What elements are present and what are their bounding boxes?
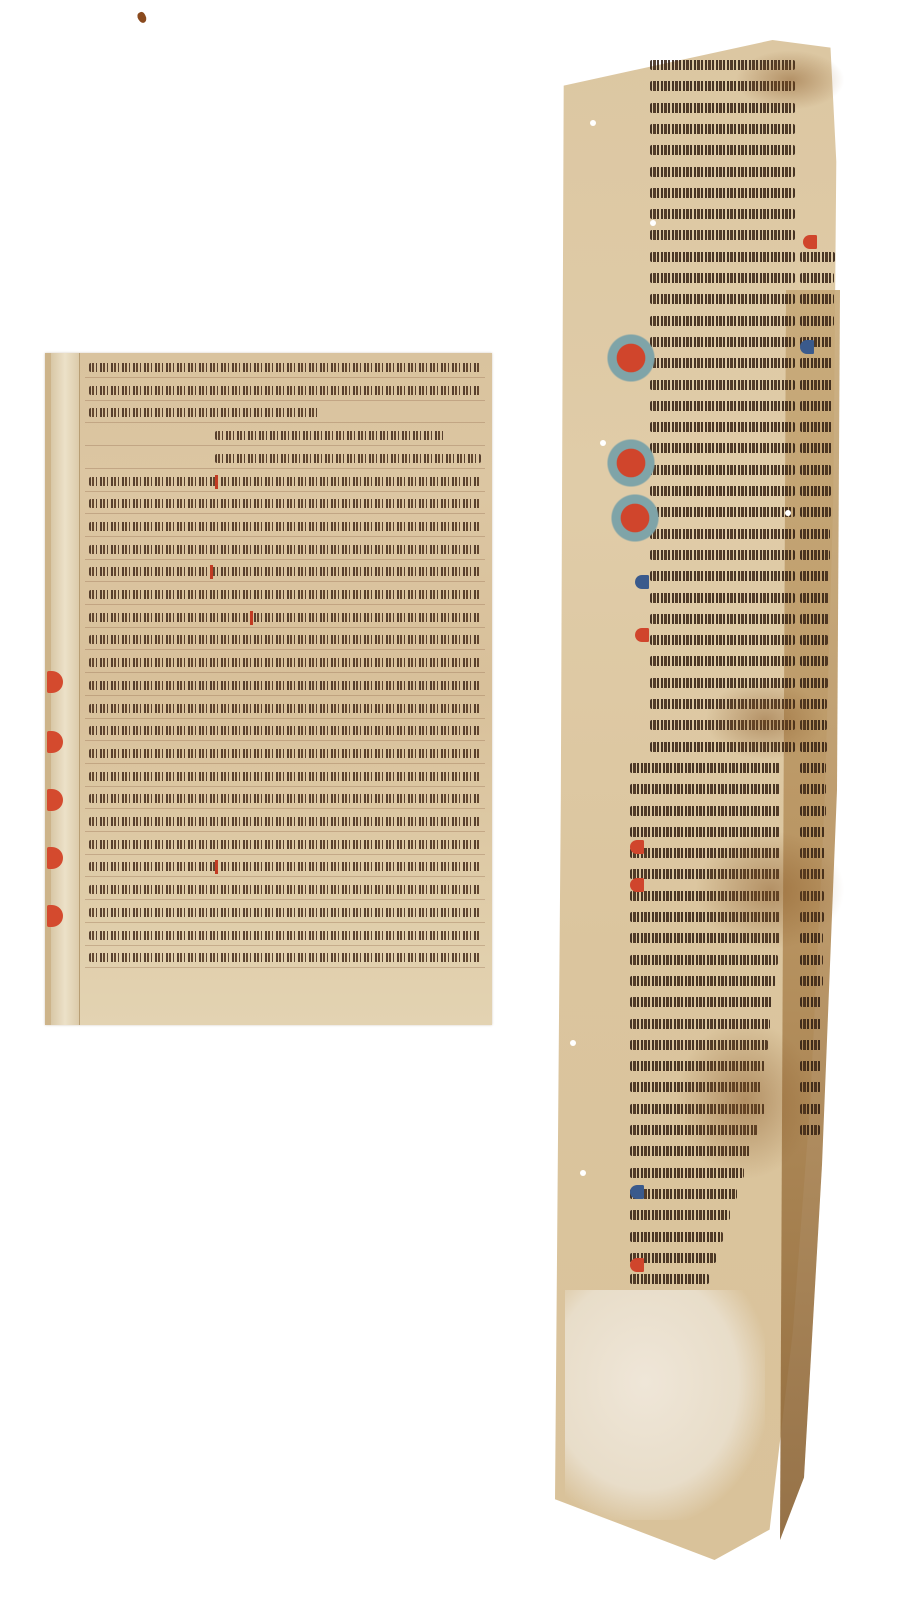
- script-line: [630, 806, 780, 816]
- script-line: [650, 230, 795, 240]
- script-line: [650, 593, 795, 603]
- script-line: [650, 209, 795, 219]
- stitch-hole: [590, 120, 596, 126]
- script-line: [650, 486, 795, 496]
- paragraph-mark: [630, 878, 644, 892]
- stitch-hole: [570, 1040, 576, 1046]
- script-line: [650, 273, 795, 283]
- script-line: [630, 1274, 709, 1284]
- rubric-mark: [215, 475, 218, 489]
- paragraph-mark: [800, 340, 814, 354]
- ruling-line: [85, 899, 485, 900]
- ruling-line: [85, 922, 485, 923]
- ruling-line: [85, 831, 485, 832]
- script-line: [89, 840, 481, 849]
- script-line: [630, 976, 776, 986]
- ruling-line: [85, 876, 485, 877]
- script-line: [650, 656, 795, 666]
- script-line: [650, 422, 795, 432]
- flourished-initial: [605, 332, 657, 384]
- paragraph-mark: [803, 235, 817, 249]
- ruling-line: [85, 967, 485, 968]
- second-column-line: [800, 401, 832, 411]
- script-line: [89, 931, 481, 940]
- script-line: [89, 590, 481, 599]
- second-column-line: [800, 656, 828, 666]
- script-line: [630, 1232, 723, 1242]
- ruling-line: [85, 945, 485, 946]
- ruling-line: [85, 627, 485, 628]
- ruling-line: [85, 808, 485, 809]
- ruling-line: [85, 536, 485, 537]
- second-column-line: [800, 763, 826, 773]
- script-line: [650, 614, 795, 624]
- script-line: [215, 454, 481, 463]
- second-column-line: [800, 507, 831, 517]
- stain: [675, 1020, 815, 1180]
- second-column-line: [800, 550, 830, 560]
- ruling-line: [85, 740, 485, 741]
- second-column-line: [800, 252, 835, 262]
- script-line: [89, 704, 481, 713]
- second-column-line: [800, 486, 831, 496]
- stain: [695, 830, 845, 950]
- second-column-line: [800, 976, 823, 986]
- script-line: [89, 499, 481, 508]
- rubric-mark: [210, 565, 213, 579]
- script-line: [89, 885, 481, 894]
- script-line: [650, 443, 795, 453]
- second-column-line: [800, 294, 834, 304]
- script-line: [650, 294, 795, 304]
- script-line: [89, 726, 481, 735]
- script-line: [89, 658, 481, 667]
- ruling-line: [85, 718, 485, 719]
- script-line: [650, 188, 795, 198]
- second-column-line: [800, 443, 832, 453]
- ruling-line: [85, 400, 485, 401]
- script-line: [650, 380, 795, 390]
- script-line: [89, 817, 481, 826]
- stain: [705, 680, 825, 760]
- second-column-line: [800, 529, 830, 539]
- stitch-hole: [600, 440, 606, 446]
- ruling-line: [85, 559, 485, 560]
- ruling-line: [85, 581, 485, 582]
- script-line: [630, 997, 773, 1007]
- flourished-initial: [609, 492, 661, 544]
- ruling-line: [85, 468, 485, 469]
- script-line: [89, 749, 481, 758]
- second-column-line: [800, 635, 828, 645]
- script-line: [650, 571, 795, 581]
- stitch-hole: [650, 220, 656, 226]
- script-line: [89, 953, 481, 962]
- paragraph-mark: [635, 628, 649, 642]
- ruling-line: [85, 513, 485, 514]
- script-line: [89, 567, 481, 576]
- script-line: [630, 763, 780, 773]
- second-column-line: [800, 380, 833, 390]
- script-line: [89, 794, 481, 803]
- script-line: [89, 363, 481, 372]
- second-column-line: [800, 593, 829, 603]
- script-line: [650, 358, 795, 368]
- second-column-line: [800, 997, 822, 1007]
- script-line: [650, 252, 795, 262]
- paragraph-mark: [635, 575, 649, 589]
- script-line: [630, 1210, 730, 1220]
- script-line: [630, 955, 778, 965]
- script-line: [650, 465, 795, 475]
- script-line: [650, 635, 795, 645]
- second-column-line: [800, 571, 829, 581]
- stain: [735, 50, 845, 110]
- script-line: [630, 1189, 737, 1199]
- second-column-line: [800, 273, 834, 283]
- rubric-mark: [215, 860, 218, 874]
- paragraph-mark: [630, 1185, 644, 1199]
- second-column-line: [800, 955, 823, 965]
- ruling-line: [85, 672, 485, 673]
- script-line: [89, 635, 481, 644]
- stitch-hole: [580, 1170, 586, 1176]
- script-line: [89, 522, 481, 531]
- paragraph-mark: [630, 840, 644, 854]
- script-line: [89, 681, 481, 690]
- left-manuscript-leaf: [45, 353, 492, 1025]
- script-line: [650, 529, 795, 539]
- ruling-line: [85, 491, 485, 492]
- script-line: [89, 908, 481, 917]
- script-line: [650, 145, 795, 155]
- script-line: [89, 408, 319, 417]
- script-line: [650, 316, 795, 326]
- water-damage: [565, 1290, 765, 1520]
- leaf-text-block: [85, 357, 485, 972]
- ink-speck: [136, 11, 148, 25]
- script-line: [89, 772, 481, 781]
- rubric-mark: [250, 611, 253, 625]
- script-line: [89, 545, 481, 554]
- second-column-line: [800, 465, 831, 475]
- script-line: [650, 401, 795, 411]
- second-column-line: [800, 614, 829, 624]
- script-line: [215, 431, 445, 440]
- ruling-line: [85, 649, 485, 650]
- script-line: [89, 862, 481, 871]
- second-column-line: [800, 422, 832, 432]
- ruling-line: [85, 445, 485, 446]
- paragraph-mark: [630, 1258, 644, 1272]
- second-column-line: [800, 806, 826, 816]
- script-line: [89, 613, 481, 622]
- script-line: [650, 550, 795, 560]
- ruling-line: [85, 786, 485, 787]
- ruling-line: [85, 604, 485, 605]
- script-line: [630, 784, 780, 794]
- script-line: [650, 337, 795, 347]
- script-line: [89, 386, 481, 395]
- right-manuscript-strip: [555, 40, 845, 1560]
- ruling-line: [85, 422, 485, 423]
- script-line: [89, 477, 481, 486]
- ruling-line: [85, 854, 485, 855]
- flourished-initial: [605, 437, 657, 489]
- second-column-line: [800, 784, 826, 794]
- stitch-hole: [785, 510, 791, 516]
- second-column-line: [800, 316, 834, 326]
- ruling-line: [85, 377, 485, 378]
- second-column-line: [800, 358, 833, 368]
- ruling-line: [85, 763, 485, 764]
- script-line: [650, 124, 795, 134]
- script-line: [650, 167, 795, 177]
- script-line: [650, 507, 795, 517]
- ruling-line: [85, 695, 485, 696]
